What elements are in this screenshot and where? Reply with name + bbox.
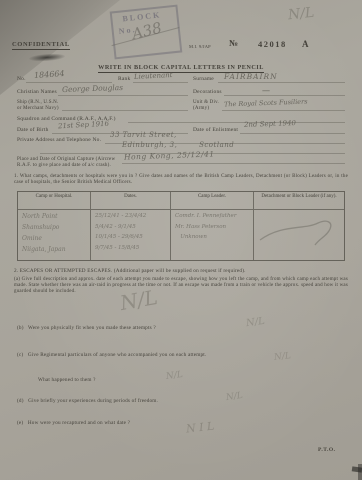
pto-label: P.T.O. [318,447,336,454]
corner-pencil-scrawl: N/L [287,5,315,24]
scanned-form-page: CONFIDENTIAL BLOCK No. A38 N/L M.I. 9/JA… [0,0,362,480]
leader-entry: Comdr. I. Pennefather [175,213,253,219]
question2a-text: (a) Give full description and approx. da… [14,277,348,295]
field-enlistment-value: 2nd Sept 1940 [244,119,296,129]
leader-entry: Unknown [175,234,253,240]
field-decorations-rule [224,95,345,96]
block-number-stamp: BLOCK No. A38 [110,5,183,60]
field-surname-value: FAIRBAIRN [224,72,278,81]
camp-entry: Omine [22,235,90,242]
question2d-text: (d) Give briefly your experiences during… [17,398,158,404]
field-address-value-line1: 33 Tarvit Street, [110,131,177,139]
field-capture-label: Place and Date of Original Capture (Airc… [17,157,119,169]
question2c-text: (c) Give Regimental particulars of anyon… [17,352,206,358]
serial-no-symbol: № [229,38,238,49]
field-decorations-label: Decorations [193,89,222,96]
leader-column: Comdr. I. Pennefather Mr. Hass Peterson … [171,210,254,260]
camp-entry: Niigata, Japan [22,246,90,253]
dates-entry: 10/1/45 - 29/6/45 [95,234,170,240]
question2c2-answer: N/L [165,370,183,382]
field-rank-rule [133,82,188,83]
question2b-text: (b) Were you physically fit when you mad… [17,325,156,331]
field-address-value-line2: Edinburgh, 3, Scotland [122,141,234,149]
camp-column: North Point Shamshuipo Omine Niigata, Ja… [18,210,91,260]
question2e-text: (e) How were you recaptured and on what … [17,420,130,426]
field-no-label: No. [17,76,26,83]
field-decorations-value: — [262,86,270,95]
serial-number: 42018 [258,39,287,49]
col-header-leader: Camp Leader. [171,192,254,210]
camps-table: Camp or Hospital. Dates. Camp Leader. De… [17,191,345,261]
field-christian-names-value: George Douglas [62,83,123,94]
pencil-squiggle [254,212,342,256]
field-ship-rule [62,110,188,111]
camp-entry: Shamshuipo [22,224,90,231]
question2c-answer: N/L [274,351,292,363]
field-rank-value: Lieutenant [134,71,173,81]
field-address-label: Private Address and Telephone No. [17,137,101,144]
field-no-value: 184664 [34,69,65,80]
dates-entry: 5/4/42 - 9/1/45 [95,224,170,230]
field-enlistment-rule [240,133,345,134]
field-enlistment-label: Date of Enlistment [193,127,238,134]
question2-heading: 2. ESCAPES OR ATTEMPTED ESCAPES. (Additi… [14,268,348,274]
leader-entry: Mr. Hass Peterson [175,224,253,230]
field-dob-label: Date of Birth [17,127,49,134]
dates-entry: 9/7/45 - 15/8/45 [95,245,170,251]
field-surname-label: Surname [193,76,214,83]
col-header-dates: Dates. [91,192,171,210]
scan-corner-mark [358,464,362,480]
series-letter: A [302,39,309,50]
question2a-answer: N/L [118,285,159,315]
field-capture-rule [122,163,345,164]
form-reference: M.I. 9/JAP [189,44,211,49]
field-capture-value: Hong Kong, 25/12/41 [124,149,215,161]
detachment-column [254,210,344,260]
question2d-answer: N/L [225,391,243,403]
col-header-camp: Camp or Hospital. [18,192,91,210]
col-header-detachment: Detachment or Block Leader (if any). [254,192,344,210]
question2b-answer: N/L [245,316,265,330]
field-unit-label-line2: (Army) [193,106,209,112]
field-squadron-rule [128,122,345,123]
field-christian-names-rule [58,95,188,96]
camp-entry: North Point [22,213,90,220]
field-dob-value: 21st Sep 1916 [58,120,109,131]
question1-text: 1. What camps, detachments or hospitals … [14,174,348,186]
confidential-label: CONFIDENTIAL [12,41,70,50]
field-ship-label-line2: or Merchant Navy) [17,106,59,112]
question2e-answer: N I L [185,420,214,436]
field-surname-rule [218,82,345,83]
dates-entry: 25/12/41 - 23/4/42 [95,213,170,219]
field-unit-value: The Royal Scots Fusiliers [224,98,308,109]
field-rank-label: Rank [118,76,130,83]
field-unit-rule [222,110,345,111]
field-christian-names-label: Christian Names [17,89,57,96]
dates-column: 25/12/41 - 23/4/42 5/4/42 - 9/1/45 10/1/… [91,210,171,260]
question2c2-text: What happened to them ? [38,377,96,383]
